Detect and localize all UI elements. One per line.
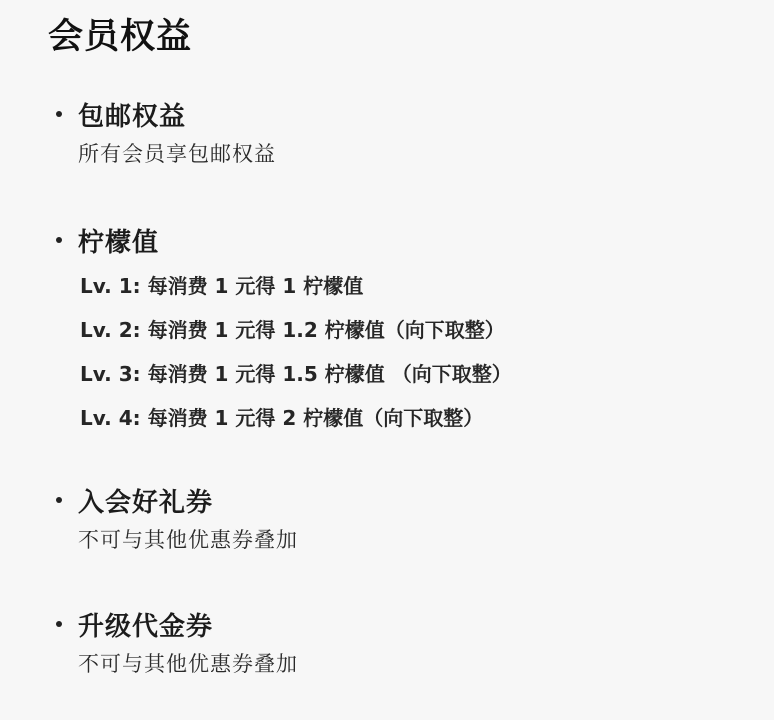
page-title: 会员权益: [48, 14, 192, 60]
section-description: 不可与其他优惠券叠加: [78, 526, 298, 554]
section-free-shipping: 包邮权益 所有会员享包邮权益: [52, 96, 276, 168]
section-lemon-points: 柠檬值 Lv. 1: 每消费 1 元得 1 柠檬值 Lv. 2: 每消费 1 元…: [52, 222, 512, 440]
section-description: 所有会员享包邮权益: [78, 140, 276, 168]
section-title: 入会好礼券: [78, 482, 213, 519]
section-title: 柠檬值: [78, 222, 159, 259]
section-header: 入会好礼券: [52, 482, 298, 518]
section-title: 包邮权益: [78, 96, 186, 133]
level-item-4: Lv. 4: 每消费 1 元得 2 柠檬值（向下取整）: [80, 396, 512, 440]
section-upgrade-voucher: 升级代金券 不可与其他优惠券叠加: [52, 606, 298, 678]
level-item-2: Lv. 2: 每消费 1 元得 1.2 柠檬值（向下取整）: [80, 308, 512, 352]
bullet-icon: [56, 237, 62, 243]
section-welcome-coupon: 入会好礼券 不可与其他优惠券叠加: [52, 482, 298, 554]
level-item-1: Lv. 1: 每消费 1 元得 1 柠檬值: [80, 264, 512, 308]
section-header: 柠檬值: [52, 222, 512, 258]
bullet-icon: [56, 111, 62, 117]
level-list: Lv. 1: 每消费 1 元得 1 柠檬值 Lv. 2: 每消费 1 元得 1.…: [80, 264, 512, 440]
level-item-3: Lv. 3: 每消费 1 元得 1.5 柠檬值 （向下取整）: [80, 352, 512, 396]
section-header: 包邮权益: [52, 96, 276, 132]
section-description: 不可与其他优惠券叠加: [78, 650, 298, 678]
bullet-icon: [56, 621, 62, 627]
section-header: 升级代金券: [52, 606, 298, 642]
bullet-icon: [56, 497, 62, 503]
section-title: 升级代金券: [78, 606, 213, 643]
